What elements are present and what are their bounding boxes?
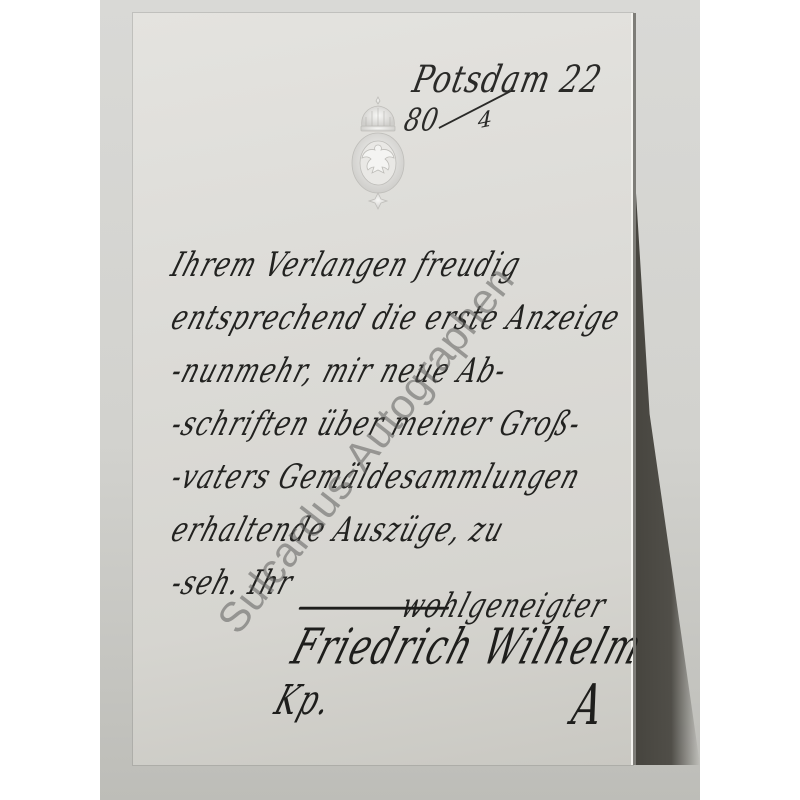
letter-place-date: Potsdam 22 80 (398, 58, 633, 154)
month-text: 4 (478, 107, 492, 134)
year-text: 80 (401, 102, 443, 138)
crown-eagle-crest-icon (348, 93, 408, 218)
place-date-text: Potsdam 22 (409, 58, 606, 102)
letter-sheet: Potsdam 22 80 4 Ihrem Verlangen freudig … (133, 13, 633, 765)
signature-suffix: Kp. (269, 676, 339, 724)
signature-name: Friedrich Wilhelm (285, 618, 651, 676)
document-photo: Potsdam 22 80 4 Ihrem Verlangen freudig … (100, 0, 700, 800)
